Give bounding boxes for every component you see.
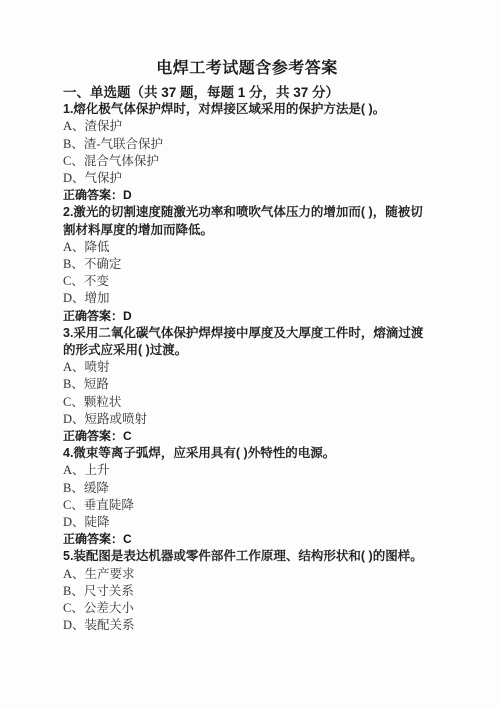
- option-line: B、短路: [63, 376, 431, 393]
- answer-letter: D: [123, 309, 132, 323]
- option-line: D、装配关系: [63, 617, 431, 634]
- question-block: 1.熔化极气体保护焊时，对焊接区域采用的保护方法是( )。A、渣保护B、渣-气联…: [63, 101, 431, 204]
- question-text: 4.微束等离子弧焊，应采用具有( )外特性的电源。: [63, 445, 431, 462]
- question-block: 4.微束等离子弧焊，应采用具有( )外特性的电源。A、上升B、缓降C、垂直陡降D…: [63, 445, 431, 548]
- section-heading: 一、单选题（共 37 题，每题 1 分，共 37 分）: [63, 84, 431, 101]
- option-line: A、喷射: [63, 359, 431, 376]
- option-line: C、颗粒状: [63, 394, 431, 411]
- option-line: C、混合气体保护: [63, 153, 431, 170]
- option-line: A、降低: [63, 239, 431, 256]
- answer-letter: D: [123, 188, 132, 202]
- questions: 1.熔化极气体保护焊时，对焊接区域采用的保护方法是( )。A、渣保护B、渣-气联…: [63, 101, 431, 634]
- option-line: A、上升: [63, 462, 431, 479]
- option-line: B、尺寸关系: [63, 583, 431, 600]
- answer-prefix: 正确答案：: [63, 429, 123, 443]
- question-block: 2.激光的切割速度随激光功率和喷吹气体压力的增加而( )，随被切割材料厚度的增加…: [63, 204, 431, 324]
- option-line: C、不变: [63, 273, 431, 290]
- answer-line: 正确答案：D: [63, 187, 431, 204]
- question-text: 3.采用二氧化碳气体保护焊焊接中厚度及大厚度工件时，熔滴过渡的形式应采用( )过…: [63, 325, 431, 359]
- option-line: B、缓降: [63, 480, 431, 497]
- option-line: D、陡降: [63, 514, 431, 531]
- option-line: C、公差大小: [63, 600, 431, 617]
- answer-line: 正确答案：C: [63, 531, 431, 548]
- question-block: 3.采用二氧化碳气体保护焊焊接中厚度及大厚度工件时，熔滴过渡的形式应采用( )过…: [63, 325, 431, 445]
- question-block: 5.装配图是表达机器或零件部件工作原理、结构形状和( )的图样。A、生产要求B、…: [63, 548, 431, 634]
- option-line: A、生产要求: [63, 566, 431, 583]
- answer-line: 正确答案：C: [63, 428, 431, 445]
- answer-prefix: 正确答案：: [63, 309, 123, 323]
- option-line: A、渣保护: [63, 118, 431, 135]
- question-text: 1.熔化极气体保护焊时，对焊接区域采用的保护方法是( )。: [63, 101, 431, 118]
- option-line: C、垂直陡降: [63, 497, 431, 514]
- option-line: B、渣-气联合保护: [63, 136, 431, 153]
- answer-line: 正确答案：D: [63, 308, 431, 325]
- page-title: 电焊工考试题含参考答案: [63, 58, 431, 79]
- option-line: B、不确定: [63, 256, 431, 273]
- question-text: 2.激光的切割速度随激光功率和喷吹气体压力的增加而( )，随被切割材料厚度的增加…: [63, 204, 431, 238]
- answer-letter: C: [123, 429, 132, 443]
- answer-prefix: 正确答案：: [63, 532, 123, 546]
- answer-letter: C: [123, 532, 132, 546]
- document-page: 电焊工考试题含参考答案 一、单选题（共 37 题，每题 1 分，共 37 分） …: [0, 0, 500, 707]
- document-content: 电焊工考试题含参考答案 一、单选题（共 37 题，每题 1 分，共 37 分） …: [63, 58, 431, 635]
- option-line: D、气保护: [63, 170, 431, 187]
- question-text: 5.装配图是表达机器或零件部件工作原理、结构形状和( )的图样。: [63, 548, 431, 565]
- answer-prefix: 正确答案：: [63, 188, 123, 202]
- option-line: D、短路或喷射: [63, 411, 431, 428]
- option-line: D、增加: [63, 290, 431, 307]
